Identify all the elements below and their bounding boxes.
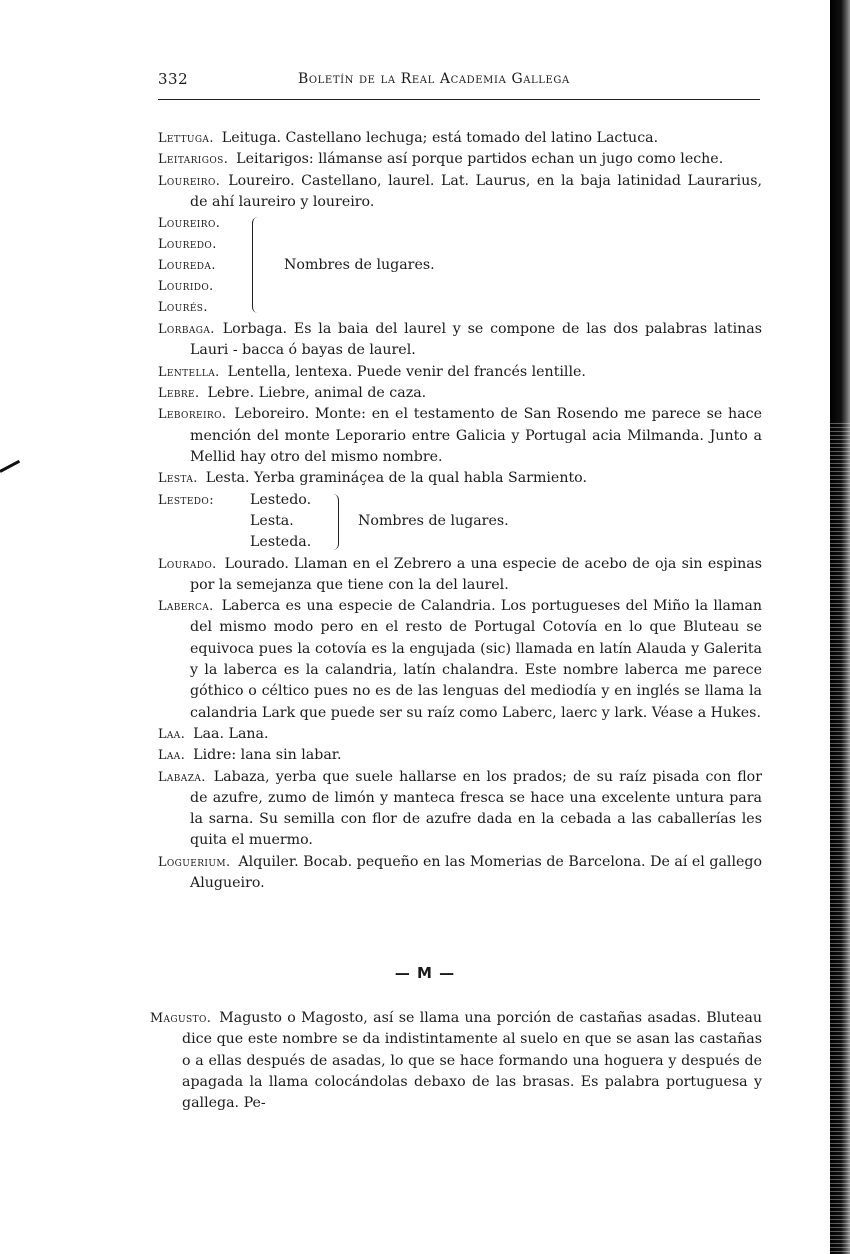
page-number: 332 xyxy=(158,70,188,88)
entry-headword: Lorbaga. xyxy=(158,322,215,337)
entry-headword: Laa. xyxy=(158,748,185,763)
scan-edge-shadow xyxy=(830,0,850,1254)
place-name: Lesteda. xyxy=(250,532,311,553)
entry-definition: Leboreiro. Monte: en el testamento de Sa… xyxy=(190,406,762,465)
dictionary-entries-l: Lettuga.Leituga. Castellano lechuga; est… xyxy=(158,128,762,894)
dictionary-entry: Labaza.Labaza, yerba que suele hallarse … xyxy=(158,767,762,852)
entry-definition: Laa. Lana. xyxy=(193,726,268,742)
brace xyxy=(330,494,339,550)
dictionary-entry: Leitarigos.Leitarigos: llámanse así porq… xyxy=(158,149,762,170)
dictionary-entries-m: Magusto.Magusto o Magosto, así se llama … xyxy=(150,1008,762,1114)
dictionary-entry: Lebre.Lebre. Liebre, animal de caza. xyxy=(158,383,762,404)
dictionary-entry: Laa.Lidre: lana sin labar. xyxy=(158,745,762,766)
entry-definition: Lorbaga. Es la baia del laurel y se comp… xyxy=(190,321,762,358)
entry-headword: Lettuga. xyxy=(158,131,214,146)
dictionary-entry: Magusto.Magusto o Magosto, así se llama … xyxy=(150,1008,762,1114)
entry-definition: Alquiler. Bocab. pequeño en las Momerias… xyxy=(190,854,762,891)
entry-definition: Leituga. Castellano lechuga; está tomado… xyxy=(222,130,658,146)
place-headword: Loureda. xyxy=(158,255,220,276)
entry-headword: Magusto. xyxy=(150,1011,211,1026)
entry-headword: Lebre. xyxy=(158,386,200,401)
entry-headword: Laberca. xyxy=(158,599,214,614)
entry-headword: Lesta. xyxy=(158,471,198,486)
dictionary-entry: Loureiro.Loureiro. Castellano, laurel. L… xyxy=(158,171,762,214)
place-name: Lesta. xyxy=(250,511,311,532)
place-name: Lestedo. xyxy=(250,490,311,511)
place-names-group-loureiro: Loureiro.Louredo.Loureda.Lourido.Lourés.… xyxy=(158,213,762,319)
entry-headword: Labaza. xyxy=(158,770,206,785)
header-rule xyxy=(158,99,760,100)
dictionary-entry: Lentella.Lentella, lentexa. Puede venir … xyxy=(158,362,762,383)
entry-definition: Lesta. Yerba gramináçea de la qual habla… xyxy=(206,470,587,486)
dictionary-entry: Lourado.Lourado. Llaman en el Zebrero a … xyxy=(158,554,762,597)
page-header: 332 Boletín de la Real Academia Gallega xyxy=(158,70,760,92)
brace xyxy=(252,217,263,313)
place-headword: Lourés. xyxy=(158,297,220,318)
entry-headword: Loureiro. xyxy=(158,174,220,189)
dictionary-entry: Lorbaga.Lorbaga. Es la baia del laurel y… xyxy=(158,319,762,362)
place-headword: Louredo. xyxy=(158,234,220,255)
entry-definition: Loureiro. Castellano, laurel. Lat. Lauru… xyxy=(190,173,762,210)
running-title: Boletín de la Real Academia Gallega xyxy=(298,71,570,87)
place-headword: Loureiro. xyxy=(158,213,220,234)
entry-headword: Leboreiro. xyxy=(158,407,226,422)
entry-headword: Laa. xyxy=(158,727,185,742)
place-headword: Lourido. xyxy=(158,276,220,297)
group-lead-headword: Lestedo: xyxy=(158,490,214,511)
dictionary-entry: Laa.Laa. Lana. xyxy=(158,724,762,745)
entry-definition: Lourado. Llaman en el Zebrero a una espe… xyxy=(190,556,762,593)
dictionary-entry: Leboreiro.Leboreiro. Monte: en el testam… xyxy=(158,404,762,468)
group-note: Nombres de lugares. xyxy=(358,511,509,532)
entry-definition: Magusto o Magosto, así se llama una porc… xyxy=(182,1010,762,1111)
scan-stray-mark xyxy=(0,460,20,473)
entry-headword: Leitarigos. xyxy=(158,152,228,167)
group-note: Nombres de lugares. xyxy=(284,255,435,276)
entry-definition: Lebre. Liebre, animal de caza. xyxy=(208,385,427,401)
dictionary-entry: Laberca.Laberca es una especie de Caland… xyxy=(158,596,762,724)
entry-headword: Loguerium. xyxy=(158,855,230,870)
entry-definition: Lidre: lana sin labar. xyxy=(193,747,341,763)
dictionary-entry: Lesta.Lesta. Yerba gramináçea de la qual… xyxy=(158,468,762,489)
entry-definition: Labaza, yerba que suele hallarse en los … xyxy=(190,769,762,849)
dictionary-entry: Loguerium.Alquiler. Bocab. pequeño en la… xyxy=(158,852,762,895)
dictionary-entry: Lettuga.Leituga. Castellano lechuga; est… xyxy=(158,128,762,149)
entry-definition: Lentella, lentexa. Puede venir del franc… xyxy=(228,364,586,380)
entry-headword: Lourado. xyxy=(158,557,217,572)
entry-definition: Laberca es una especie de Calandria. Los… xyxy=(190,598,762,720)
entry-definition: Leitarigos: llámanse así porque partidos… xyxy=(236,151,723,167)
place-names-group-lestedo: Lestedo: Lestedo.Lesta.Lesteda. Nombres … xyxy=(158,490,762,554)
entry-headword: Lentella. xyxy=(158,365,220,380)
section-letter-heading: — M — xyxy=(0,964,850,982)
